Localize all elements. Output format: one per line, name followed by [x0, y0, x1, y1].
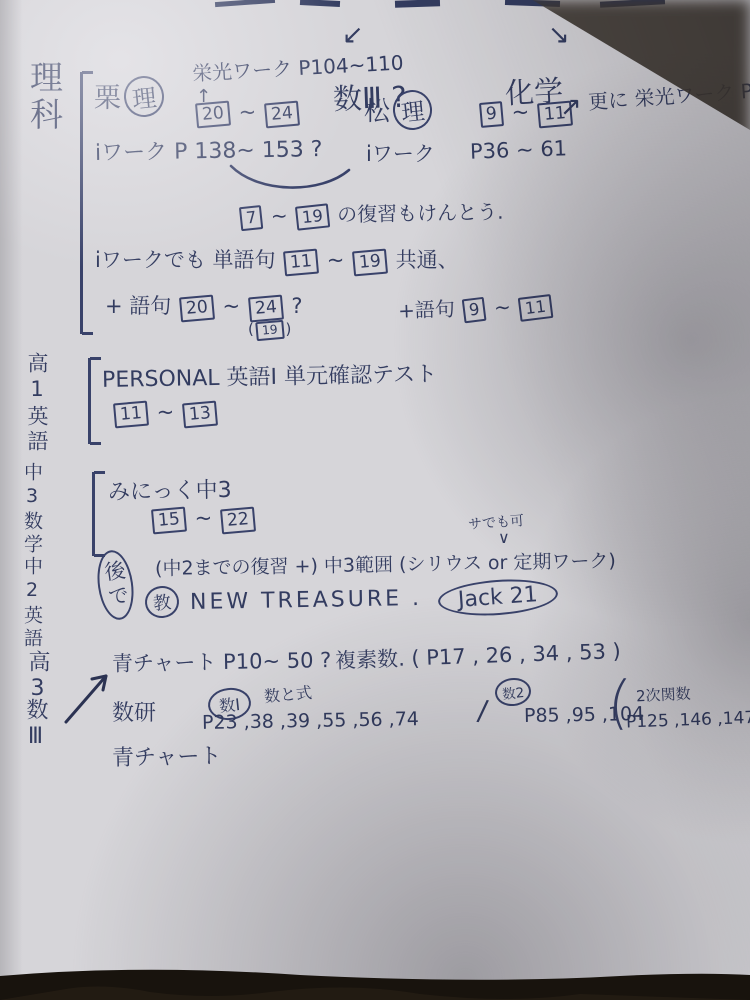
v-arrow-icon: ∨: [498, 528, 510, 547]
boxed-number: 22: [220, 507, 256, 535]
boxed-number: 20: [179, 295, 215, 323]
boxed-number: 11: [283, 249, 319, 277]
tilde: ~: [494, 295, 512, 320]
badge-later-text: 後で: [93, 548, 137, 622]
note-more-eiko-work: 更に 栄光ワーク P3: [587, 74, 750, 115]
oval-jack21-text: Jack 21: [437, 576, 559, 619]
note-iwork-pages: iワーク P 138~ 153 ?: [95, 132, 323, 167]
words-prefix: iワークでも 単語句: [95, 248, 276, 272]
goku-prefix: + 語句: [105, 294, 171, 318]
teacher-kuri: 栗理: [94, 76, 167, 117]
jhs3-math-bracket: [92, 472, 107, 556]
oval-jack21: Jack 21: [438, 580, 558, 615]
long-arrow-up-right: [60, 664, 116, 728]
teacher-matsu: 松理: [364, 90, 435, 130]
badge-later: 後で: [98, 550, 133, 624]
note-personal-test: PERSONAL 英語Ⅰ 単元確認テスト: [102, 357, 438, 394]
tilde: ~: [195, 506, 213, 530]
note-quadratic-pages: P125 ,146 ,147 ,: [626, 708, 750, 733]
boxed-number: 13: [182, 401, 218, 429]
boxed-number: 11: [518, 294, 554, 322]
note-blue-chart-pages: 青チャート P10~ 50 ?: [112, 644, 332, 678]
section-label-jhs3-math: 中3数学: [22, 462, 41, 557]
section-label-hs1-english: 高1英語: [26, 352, 47, 455]
note-sa-demo-ka: サでも可: [467, 510, 524, 534]
badge-math2-circle: 数2: [494, 676, 533, 708]
tilde: ~: [327, 248, 345, 272]
tilde: ~: [239, 100, 257, 124]
cutoff-ink-marks: [300, 0, 340, 7]
paren: ): [286, 320, 292, 338]
arrow-down-right-icon: ↘: [548, 20, 570, 50]
boxed-number: 11: [113, 401, 149, 429]
note-numbers-expressions: 数と式: [263, 680, 313, 707]
cutoff-ink-marks: [505, 0, 560, 7]
section-label-science: 理科: [28, 60, 61, 134]
note-minikku: みにっく中3: [108, 473, 232, 506]
tilde: ~: [271, 203, 288, 227]
badge-science-circle: 理: [391, 88, 434, 132]
note-complex-numbers: 複素数. ( P17 , 26 , 34 , 53 ): [335, 635, 622, 675]
note-goku-sub: (19): [248, 320, 291, 340]
cutoff-ink-marks: [395, 0, 440, 8]
note-goku-line-2: +語句 9 ~ 11: [398, 289, 555, 324]
boxed-number: 9: [462, 297, 487, 323]
boxed-number: 19: [295, 203, 330, 230]
boxed-number: 24: [264, 101, 300, 129]
note-new-treasure: NEW TREASURE .: [190, 586, 422, 615]
teacher-kuri-name: 栗: [94, 83, 121, 114]
tilde: ~: [223, 294, 241, 318]
tilde: ~: [157, 400, 175, 424]
kuri-unit-range: 20 ~ 24: [194, 100, 301, 127]
hs1-english-bracket: [88, 358, 103, 444]
section-label-hs3: 高3: [26, 650, 48, 705]
note-matsu-iwork: iワーク: [366, 138, 435, 168]
arrow-down-left-icon: ↙: [342, 20, 364, 50]
tilde: ~: [512, 100, 530, 124]
boxed-number: 7: [239, 205, 264, 231]
question-mark: ?: [291, 294, 302, 318]
note-blue-chart-2: 青チャート: [112, 739, 222, 772]
boxed-number: 15: [151, 507, 187, 535]
boxed-number: 19: [255, 320, 284, 341]
hs1-english-range: 11 ~ 13: [112, 400, 219, 427]
note-goku-line-1: + 語句 20 ~ 24 ?: [105, 290, 303, 321]
note-suken: 数研: [112, 696, 156, 727]
badge-science-circle: 理: [122, 74, 166, 119]
note-matsu-pages: P36 ~ 61: [470, 136, 568, 163]
section-label-jhs2-english: 中2英語: [22, 556, 41, 651]
notebook-paper-photo: ↙ ↘ 数Ⅲ ? 化学 理科 栗理 栄光ワーク P104~110 ↑ 20 ~ …: [0, 0, 750, 1000]
badge-textbook: 教: [142, 586, 182, 618]
arrow-up-right-icon: ↗: [560, 92, 582, 122]
note-review-line: 7 ~ 19 の復習もけんとう.: [238, 196, 504, 230]
cutoff-ink-marks: [215, 0, 275, 7]
goku-prefix: +語句: [398, 297, 456, 323]
science-bracket: [80, 72, 95, 334]
review-text: の復習もけんとう.: [337, 200, 504, 227]
words-suffix: 共通、: [396, 248, 459, 272]
note-words-line: iワークでも 単語句 11 ~ 19 共通、: [95, 244, 459, 275]
badge-math2: 数2: [492, 678, 534, 706]
swoosh-underline: [225, 160, 355, 196]
badge-textbook-circle: 教: [143, 584, 180, 619]
boxed-number: 20: [195, 101, 231, 129]
paren: (: [248, 320, 254, 338]
boxed-number: 19: [352, 249, 388, 277]
jhs3-math-range: 15 ~ 22: [150, 506, 257, 533]
boxed-number: 9: [479, 101, 504, 128]
teacher-matsu-name: 松: [364, 97, 390, 127]
boxed-number: 24: [248, 295, 284, 323]
table-surface: [0, 966, 750, 1000]
slash-divider: /: [476, 694, 490, 728]
section-label-math3: 数Ⅲ: [24, 698, 46, 753]
note-jhs2-plan: (中2までの復習 +) 中3範囲 (シリウス or 定期ワーク): [155, 546, 616, 581]
note-math1-pages: P23 ,38 ,39 ,55 ,56 ,74: [202, 708, 419, 734]
cutoff-ink-marks: [600, 0, 665, 8]
note-quadratic: 2次関数: [635, 683, 691, 707]
